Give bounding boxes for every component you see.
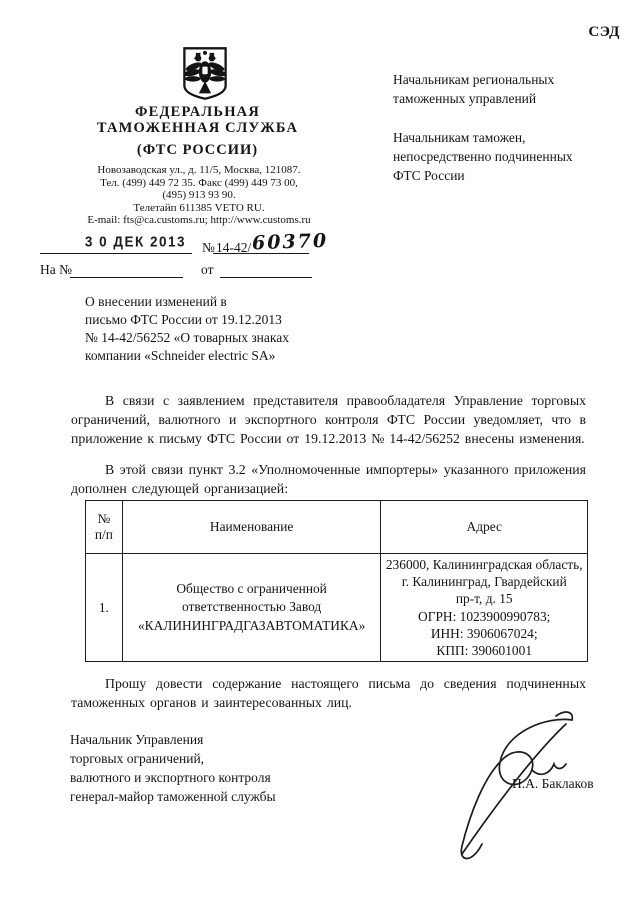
on-number-underline	[70, 277, 183, 278]
letter-page: СЭД ФЕ	[0, 0, 640, 905]
subject-line: компании «Schneider electric SA»	[85, 347, 375, 365]
org-name-line1: ФЕДЕРАЛЬНАЯ	[30, 104, 365, 120]
recipient-line: ФТС России	[393, 166, 608, 185]
org-name-block: ФЕДЕРАЛЬНАЯ ТАМОЖЕННАЯ СЛУЖБА (ФТС РОССИ…	[30, 104, 365, 158]
address-line: Телетайп 611385 VETO RU.	[40, 202, 358, 215]
recipient-group-customs: Начальникам таможен, непосредственно под…	[393, 128, 608, 185]
date-stamp: 3 0 ДЕК 2013	[78, 233, 193, 249]
signer-title-line: торговых ограничений,	[70, 749, 340, 768]
recipient-group-regional: Начальникам региональных таможенных упра…	[393, 70, 608, 108]
cell-org-name: Общество с ограниченной ответственностью…	[122, 554, 381, 662]
recipients-block: Начальникам региональных таможенных упра…	[393, 70, 608, 185]
from-underline	[220, 277, 312, 278]
subject-line: № 14-42/56252 «О товарных знаках	[85, 329, 375, 347]
recipient-line: непосредственно подчиненных	[393, 147, 608, 166]
header-cell-address: Адрес	[381, 501, 588, 554]
subject-line: О внесении изменений в	[85, 293, 375, 311]
subject-block: О внесении изменений в письмо ФТС России…	[85, 293, 375, 365]
recipient-line: таможенных управлений	[393, 89, 608, 108]
number-underline	[213, 253, 309, 254]
address-line: E-mail: fts@ca.customs.ru; http://www.cu…	[40, 214, 358, 227]
number-handwritten: 60370	[252, 230, 329, 255]
from-label: от	[201, 262, 213, 278]
table-row: 1. Общество с ограниченной ответственнос…	[86, 554, 588, 662]
cell-row-number: 1.	[86, 554, 123, 662]
subject-line: письмо ФТС России от 19.12.2013	[85, 311, 375, 329]
recipient-line: Начальникам таможен,	[393, 128, 608, 147]
signer-title-block: Начальник Управления торговых ограничени…	[70, 730, 340, 806]
cell-org-address: 236000, Калининградская область, г. Кали…	[381, 554, 588, 662]
address-line: (495) 913 93 90.	[40, 189, 358, 202]
on-number-label: На №	[40, 262, 72, 278]
coat-of-arms-icon	[182, 46, 228, 101]
body-paragraph-2: В этой связи пункт 3.2 «Уполномоченные и…	[71, 460, 586, 498]
table-header-row: № п/п Наименование Адрес	[86, 501, 588, 554]
importers-table: № п/п Наименование Адрес 1. Общество с о…	[85, 500, 588, 662]
header-cell-number: № п/п	[86, 501, 123, 554]
address-line: Новозаводская ул., д. 11/5, Москва, 1210…	[40, 164, 358, 177]
signer-name: П.А. Баклаков	[512, 776, 594, 792]
date-underline	[40, 253, 192, 254]
address-line: Тел. (499) 449 72 35. Факс (499) 449 73 …	[40, 177, 358, 190]
org-name-short: (ФТС РОССИИ)	[30, 142, 365, 158]
header-cell-name: Наименование	[122, 501, 381, 554]
recipient-line: Начальникам региональных	[393, 70, 608, 89]
signer-title-line: генерал-майор таможенной службы	[70, 787, 340, 806]
sed-label: СЭД	[560, 24, 620, 41]
org-address-block: Новозаводская ул., д. 11/5, Москва, 1210…	[40, 164, 358, 227]
signer-title-line: Начальник Управления	[70, 730, 340, 749]
signer-title-line: валютного и экспортного контроля	[70, 768, 340, 787]
body-paragraph-1: В связи с заявлением представителя право…	[71, 391, 586, 449]
org-name-line2: ТАМОЖЕННАЯ СЛУЖБА	[30, 120, 365, 136]
